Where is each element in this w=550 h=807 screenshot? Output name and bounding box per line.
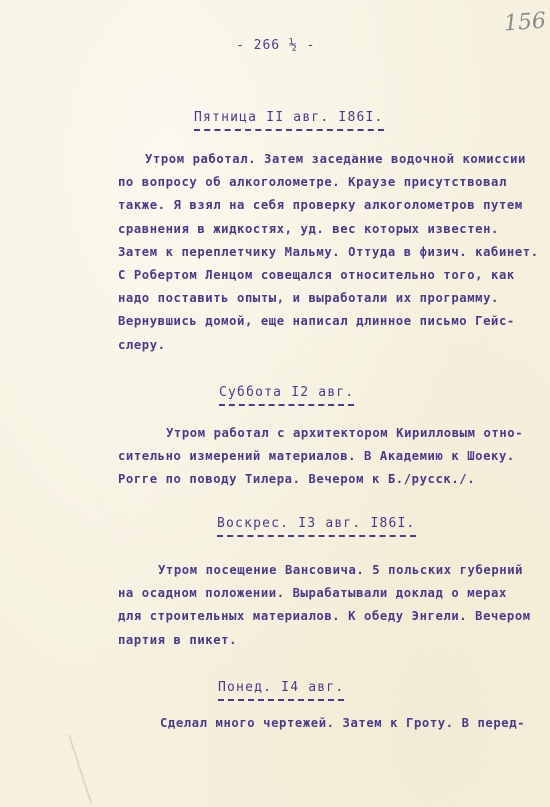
- entry-heading-saturday: Суббота I2 авг.: [219, 385, 354, 406]
- text-line: для строительных материалов. К обеду Энг…: [118, 605, 538, 628]
- entry-heading-text: Понед. I4 авг.: [218, 680, 344, 695]
- dashed-underline: [217, 535, 416, 537]
- text-line: Утром работал с архитектором Кирилловым …: [118, 422, 538, 445]
- text-line: партия в пикет.: [118, 629, 538, 652]
- text-line: на осадном положении. Вырабатывали докла…: [118, 582, 538, 605]
- dashed-underline: [219, 404, 354, 406]
- entry-body-saturday: Утром работал с архитектором Кирилловым …: [118, 422, 538, 492]
- text-line: Утром работал. Затем заседание водочной …: [118, 148, 538, 171]
- text-line: Сделал много чертежей. Затем к Гроту. В …: [118, 712, 538, 735]
- text-line: Затем к переплетчику Мальму. Оттуда в фи…: [118, 241, 538, 264]
- handwritten-folio-number: 156: [503, 9, 547, 37]
- text-line: Рогге по поводу Тилера. Вечером к Б./рус…: [118, 468, 538, 491]
- text-line: по вопросу об алкоголометре. Краузе прис…: [118, 171, 538, 194]
- text-line: Вернувшись домой, еще написал длинное пи…: [118, 310, 538, 333]
- entry-body-monday: Сделал много чертежей. Затем к Гроту. В …: [118, 712, 538, 735]
- entry-heading-text: Пятница II авг. I86I.: [194, 110, 384, 125]
- text-line: сительно измерений материалов. В Академи…: [118, 445, 538, 468]
- entry-heading-text: Суббота I2 авг.: [219, 385, 354, 400]
- text-line: сравнения в жидкостях, уд. вес которых и…: [118, 218, 538, 241]
- entry-body-sunday: Утром посещение Вансовича. 5 польских гу…: [118, 559, 538, 652]
- text-line: надо поставить опыты, и выработали их пр…: [118, 287, 538, 310]
- dashed-underline: [218, 699, 344, 701]
- entry-body-friday: Утром работал. Затем заседание водочной …: [118, 148, 538, 357]
- dashed-underline: [194, 129, 384, 131]
- text-line: также. Я взял на себя проверку алкоголом…: [118, 194, 538, 217]
- text-line: слеру.: [118, 334, 538, 357]
- entry-heading-sunday: Воскрес. I3 авг. I86I.: [217, 516, 416, 537]
- text-line: Утром посещение Вансовича. 5 польских гу…: [118, 559, 538, 582]
- entry-heading-monday: Понед. I4 авг.: [218, 680, 344, 701]
- page-number: - 266 ½ -: [236, 38, 315, 53]
- text-line: С Робертом Ленцом совещался относительно…: [118, 264, 538, 287]
- entry-heading-friday: Пятница II авг. I86I.: [194, 110, 384, 131]
- entry-heading-text: Воскрес. I3 авг. I86I.: [217, 516, 416, 531]
